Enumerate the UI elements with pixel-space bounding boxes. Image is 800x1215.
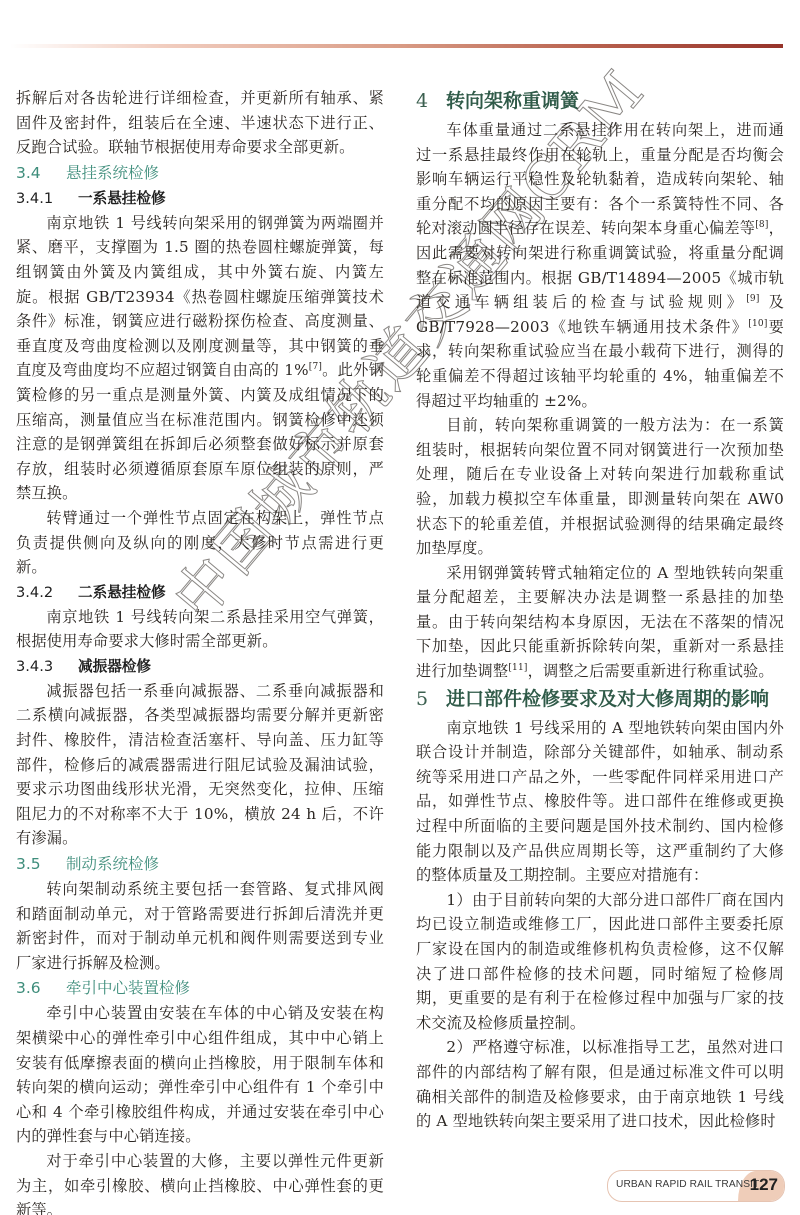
heading-number: 3.4 [16, 160, 66, 186]
heading-4: 4转向架称重调簧 [416, 86, 784, 116]
heading-number: 5 [416, 684, 446, 714]
citation-10[interactable]: [10] [748, 319, 767, 329]
citation-9[interactable]: [9] [746, 294, 759, 304]
paragraph: 对于牵引中心装置的大修，主要以弹性元件更新为主，如牵引橡胶、横向止挡橡胶、中心弹… [16, 1149, 384, 1215]
text: 。此外钢簧检修的另一重点是测量外簧、内簧及成组情况下的压缩高，测量值应当在标准范… [16, 361, 384, 502]
text: 车体重量通过二系悬挂作用在转向架上，进而通过一系悬挂最终作用在轮轨上，重量分配是… [416, 121, 784, 237]
heading-title: 二系悬挂检修 [78, 584, 166, 601]
list-item: 2）严格遵守标准，以标准指导工艺，虽然对进口部件的内部结构了解有限，但是通过标准… [416, 1035, 784, 1133]
paragraph: 南京地铁 1 号线采用的 A 型地铁转向架由国内外联合设计并制造，除部分关键部件… [416, 716, 784, 888]
journal-name: URBAN RAPID RAIL TRANSIT [616, 1179, 759, 1190]
text: 南京地铁 1 号线转向架采用的钢弹簧为两端圈并紧、磨平，支撑圈为 1.5 圈的热… [16, 214, 384, 380]
citation-11[interactable]: [11] [508, 663, 527, 673]
paragraph: 南京地铁 1 号线转向架二系悬挂采用空气弹簧，根据使用寿命要求大修时需全部更新。 [16, 605, 384, 654]
heading-3-4-3: 3.4.3减振器检修 [16, 654, 384, 679]
header-rule [10, 44, 783, 48]
heading-title: 进口部件检修要求及对大修周期的影响 [446, 688, 769, 710]
paragraph: 车体重量通过二系悬挂作用在转向架上，进而通过一系悬挂最终作用在轮轨上，重量分配是… [416, 118, 784, 413]
list-item: 1）由于目前转向架的大部分进口部件厂商在国内均已设立制造或维修工厂，因此进口部件… [416, 888, 784, 1036]
heading-3-5: 3.5制动系统检修 [16, 851, 384, 877]
paragraph: 南京地铁 1 号线转向架采用的钢弹簧为两端圈并紧、磨平，支撑圈为 1.5 圈的热… [16, 211, 384, 506]
paragraph: 牵引中心装置由安装在车体的中心销及安装在构架横梁中心的弹性牵引中心组件组成，其中… [16, 1001, 384, 1149]
heading-title: 一系悬挂检修 [78, 190, 166, 207]
paragraph: 减振器包括一系垂向减振器、二系垂向减振器和二系横向减振器，各类型减振器均需要分解… [16, 679, 384, 851]
citation-8[interactable]: [8] [755, 220, 768, 230]
heading-number: 3.5 [16, 851, 66, 877]
heading-number: 3.4.2 [16, 580, 78, 605]
text: ，调整之后需要重新进行称重试验。 [528, 662, 774, 680]
paragraph: 转臂通过一个弹性节点固定在构架上，弹性节点负责提供侧向及纵向的刚度，大修时节点需… [16, 506, 384, 580]
heading-3-4-2: 3.4.2二系悬挂检修 [16, 580, 384, 605]
left-column: 拆解后对各齿轮进行详细检查，并更新所有轴承、紧固件及密封件，组装后在全速、半速状… [16, 86, 384, 1215]
heading-3-4: 3.4悬挂系统检修 [16, 160, 384, 186]
paragraph: 转向架制动系统主要包括一套管路、复式排风阀和踏面制动单元，对于管路需要进行拆卸后… [16, 877, 384, 975]
paragraph: 拆解后对各齿轮进行详细检查，并更新所有轴承、紧固件及密封件，组装后在全速、半速状… [16, 86, 384, 160]
heading-number: 3.4.3 [16, 654, 78, 679]
page-number: 127 [750, 1175, 778, 1195]
citation-7[interactable]: [7] [309, 362, 322, 372]
paragraph: 目前，转向架称重调簧的一般方法为：在一系簧组装时，根据转向架位置不同对钢簧进行一… [416, 413, 784, 561]
heading-title: 转向架称重调簧 [446, 90, 579, 112]
heading-title: 制动系统检修 [66, 855, 159, 873]
heading-3-6: 3.6牵引中心装置检修 [16, 975, 384, 1001]
heading-number: 3.4.1 [16, 186, 78, 211]
heading-title: 减振器检修 [78, 658, 151, 675]
paragraph: 采用钢弹簧转臂式轴箱定位的 A 型地铁转向架重量分配超差，主要解决办法是调整一系… [416, 561, 784, 684]
heading-title: 悬挂系统检修 [66, 164, 159, 182]
heading-number: 4 [416, 86, 446, 116]
heading-title: 牵引中心装置检修 [66, 979, 190, 997]
footer-badge: URBAN RAPID RAIL TRANSIT 127 [607, 1170, 785, 1202]
heading-5: 5进口部件检修要求及对大修周期的影响 [416, 684, 784, 714]
heading-3-4-1: 3.4.1一系悬挂检修 [16, 186, 384, 211]
heading-number: 3.6 [16, 975, 66, 1001]
right-column: 4转向架称重调簧 车体重量通过二系悬挂作用在转向架上，进而通过一系悬挂最终作用在… [416, 86, 784, 1134]
